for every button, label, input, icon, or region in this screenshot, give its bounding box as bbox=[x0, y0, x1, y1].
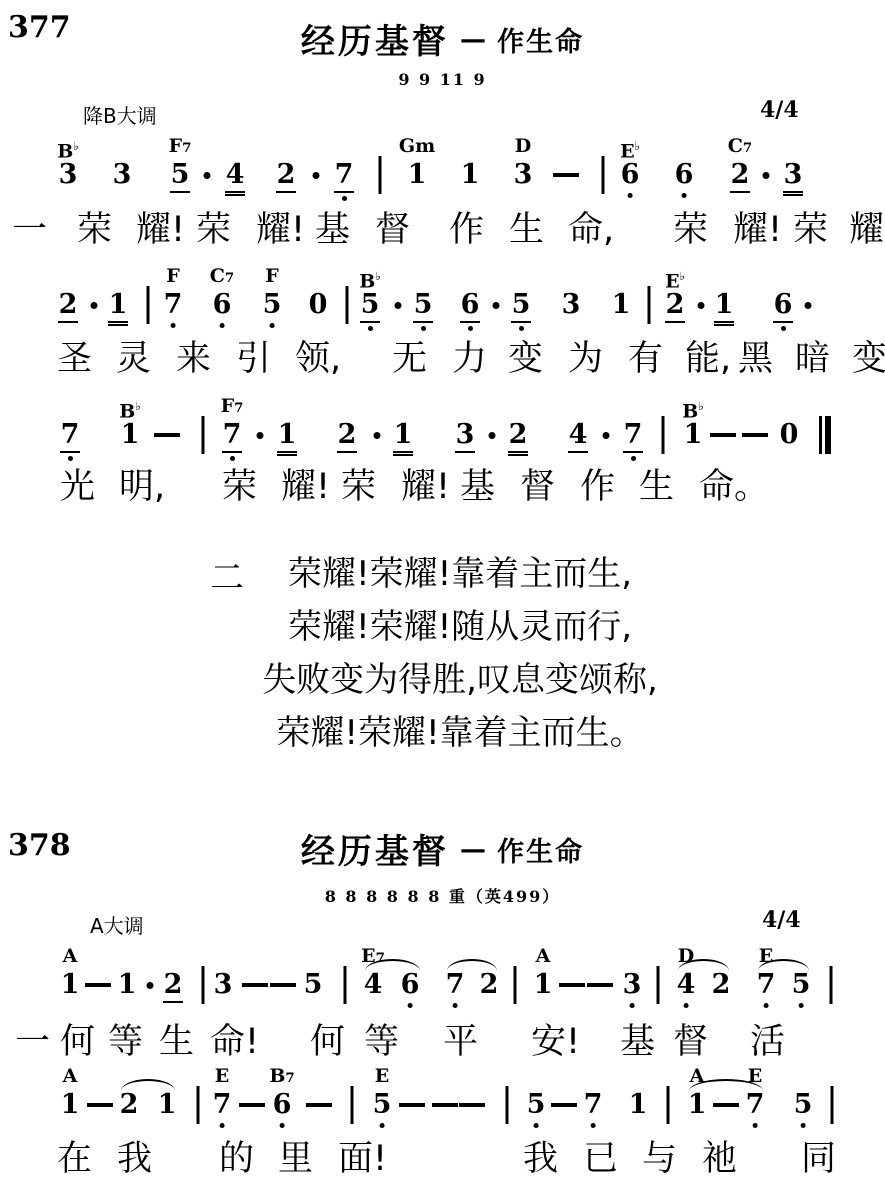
note-underline bbox=[393, 451, 413, 453]
note-digit: 5 bbox=[511, 290, 531, 320]
chord-root: F bbox=[221, 395, 235, 417]
note: 3 bbox=[214, 970, 233, 1000]
barline bbox=[202, 966, 205, 1004]
lyric-text: 生 bbox=[639, 468, 674, 506]
lyric-text: 里 bbox=[278, 1140, 313, 1178]
chord-extension: 7 bbox=[182, 141, 191, 156]
note-digit: 2 bbox=[665, 290, 685, 320]
chord-label: E bbox=[375, 1066, 389, 1086]
note: 1 bbox=[684, 420, 703, 450]
low-octave-dot bbox=[629, 1003, 634, 1008]
low-octave-dot bbox=[590, 1123, 595, 1128]
note: 1 bbox=[121, 420, 140, 450]
lyric-text: 明, bbox=[119, 468, 165, 506]
chord-root: E bbox=[665, 270, 679, 292]
flat-sign: ♭ bbox=[375, 269, 380, 283]
note: 5 bbox=[794, 1090, 813, 1128]
chord-label: C7 bbox=[728, 136, 752, 159]
sustain-dash bbox=[559, 983, 585, 987]
barline bbox=[379, 156, 382, 194]
note-underline bbox=[58, 321, 78, 323]
lyric-text: 黑 bbox=[738, 340, 773, 378]
chord-root: m bbox=[415, 135, 435, 157]
note: 2 bbox=[337, 420, 357, 453]
note-digit: 3 bbox=[623, 970, 642, 1000]
note: 3 bbox=[113, 160, 132, 190]
note-digit: 5 bbox=[413, 290, 433, 320]
flat-sign: ♭ bbox=[698, 399, 703, 413]
lyric-text: 为 bbox=[568, 340, 603, 378]
low-octave-dot bbox=[683, 1003, 688, 1008]
note-underline bbox=[714, 321, 734, 323]
note-digit: 7 bbox=[584, 1090, 603, 1120]
note-digit: 1 bbox=[629, 1090, 648, 1120]
duration-dot bbox=[91, 302, 98, 309]
title-subtitle-text: 作生命 bbox=[497, 27, 584, 58]
title-dash: — bbox=[460, 25, 486, 55]
verse-line: 荣耀!荣耀!随从灵而行, bbox=[75, 601, 845, 654]
chord-label: C7 bbox=[210, 266, 234, 289]
note-underline bbox=[783, 194, 803, 196]
lyric-text: 我 bbox=[523, 1140, 558, 1178]
note-digit: 7 bbox=[746, 1090, 765, 1120]
note-digit: 2 bbox=[120, 1090, 139, 1120]
note: 0 bbox=[780, 420, 799, 450]
lyric-text: 同 bbox=[801, 1140, 836, 1178]
lyric-text: 领, bbox=[295, 340, 341, 378]
note: 2 bbox=[120, 1090, 139, 1120]
sustain-dash bbox=[154, 433, 180, 437]
lyric-text: 等 bbox=[364, 1023, 399, 1061]
lyric-text: 祂 bbox=[702, 1140, 737, 1178]
duration-dot bbox=[493, 302, 500, 309]
lyric-text: 能, bbox=[685, 340, 731, 378]
note: 7 bbox=[623, 420, 643, 461]
note-digit: 1 bbox=[714, 290, 734, 320]
note: 1 bbox=[629, 1090, 648, 1120]
duration-dot bbox=[204, 172, 211, 179]
note: 3 bbox=[562, 290, 581, 320]
note-underline bbox=[730, 191, 750, 193]
note: 5 bbox=[792, 970, 811, 1008]
note: 7 bbox=[60, 420, 80, 461]
note-digit: 4 bbox=[225, 160, 245, 190]
low-octave-dot bbox=[230, 456, 235, 461]
note-digit: 3 bbox=[214, 970, 233, 1000]
note: 1 bbox=[61, 1090, 80, 1120]
note: 5 bbox=[527, 1090, 546, 1128]
note-underline bbox=[623, 451, 643, 453]
barline bbox=[648, 286, 651, 324]
lyric-text: 安! bbox=[531, 1023, 580, 1061]
note-digit: 7 bbox=[164, 290, 183, 320]
chord-root: B bbox=[359, 270, 375, 292]
note-digit: 3 bbox=[113, 160, 132, 190]
lyric-text: 一 bbox=[15, 1023, 50, 1061]
chord-root: C bbox=[728, 135, 743, 157]
lyric-text: 我 bbox=[117, 1140, 152, 1178]
hymn-title: 经历基督 — 作生命 bbox=[0, 14, 885, 63]
duration-dot bbox=[805, 302, 812, 309]
verse-line: 荣耀!荣耀!靠着主而生, bbox=[75, 548, 845, 601]
note-digit: 1 bbox=[408, 160, 427, 190]
note: 4 bbox=[225, 160, 245, 196]
note: 7 bbox=[746, 1090, 765, 1128]
lyric-text: 生 bbox=[509, 211, 544, 249]
chord-label: B♭ bbox=[359, 266, 380, 291]
note: 5 bbox=[304, 970, 323, 1000]
low-octave-dot bbox=[342, 196, 347, 201]
barline bbox=[202, 416, 205, 454]
lyric-text: 灵 bbox=[116, 340, 151, 378]
lyric-text: 生 bbox=[159, 1023, 194, 1061]
note: 4 bbox=[677, 970, 696, 1008]
barline bbox=[514, 966, 517, 1004]
barline bbox=[662, 416, 665, 454]
duration-dot bbox=[489, 432, 496, 439]
note-digit: 7 bbox=[757, 970, 776, 1000]
note-digit: 2 bbox=[163, 970, 183, 1000]
note-underline bbox=[773, 321, 793, 323]
note: 6 bbox=[401, 970, 420, 1008]
flat-sign: ♭ bbox=[680, 269, 685, 283]
note-digit: 2 bbox=[480, 970, 499, 1000]
slur-arc bbox=[121, 1079, 175, 1091]
lyric-text: 基 bbox=[620, 1023, 655, 1061]
note-digit: 1 bbox=[118, 970, 137, 1000]
sustain-dash bbox=[713, 1103, 739, 1107]
note-underline bbox=[460, 321, 480, 323]
low-octave-dot bbox=[68, 456, 73, 461]
note: 7 bbox=[446, 970, 465, 1008]
note-digit: 2 bbox=[508, 420, 528, 450]
note-digit: 4 bbox=[677, 970, 696, 1000]
note-digit: 1 bbox=[612, 290, 631, 320]
note-digit: 6 bbox=[401, 970, 420, 1000]
note-digit: 0 bbox=[780, 420, 799, 450]
lyric-text: 耀! bbox=[256, 211, 305, 249]
note-underline bbox=[714, 324, 734, 326]
note-digit: 2 bbox=[58, 290, 78, 320]
hymn-meter: 8 8 8 8 8 8 重（英499） bbox=[0, 884, 885, 907]
sustain-dash bbox=[270, 983, 296, 987]
note: 3 bbox=[783, 160, 803, 196]
note-digit: 6 bbox=[773, 290, 793, 320]
chord-label: E♭ bbox=[665, 266, 685, 291]
note: 1 bbox=[393, 420, 413, 456]
note: 6 bbox=[460, 290, 480, 331]
sustain-dash bbox=[587, 983, 613, 987]
note: 2 bbox=[730, 160, 750, 193]
sustain-dash bbox=[710, 433, 736, 437]
chord-label: A bbox=[63, 1066, 78, 1086]
note-underline bbox=[360, 321, 380, 323]
note: 4 bbox=[364, 970, 383, 1000]
note-digit: 7 bbox=[334, 160, 354, 190]
note-digit: 4 bbox=[364, 970, 383, 1000]
note-digit: 7 bbox=[60, 420, 80, 450]
note: 5 bbox=[511, 290, 531, 331]
title-subtitle-text: 作生命 bbox=[497, 837, 584, 868]
lyric-text: 与 bbox=[642, 1140, 677, 1178]
note: 1 bbox=[158, 1090, 177, 1120]
note-digit: 1 bbox=[277, 420, 297, 450]
duration-dot bbox=[374, 432, 381, 439]
lyric-text: 引 bbox=[236, 340, 271, 378]
note-underline bbox=[665, 321, 685, 323]
verse-line: 荣耀!荣耀!靠着主而生。 bbox=[75, 707, 845, 760]
note: 6 bbox=[621, 160, 640, 198]
title-main-text: 经历基督 bbox=[301, 832, 449, 872]
lyric-text: 等 bbox=[108, 1023, 143, 1061]
lyric-text: 督 bbox=[375, 211, 410, 249]
sustain-dash bbox=[459, 1103, 485, 1107]
chord-root: F bbox=[166, 265, 180, 287]
chord-label: E♭ bbox=[620, 136, 640, 161]
note-digit: 5 bbox=[527, 1090, 546, 1120]
sustain-dash bbox=[742, 433, 768, 437]
note-digit: 6 bbox=[213, 290, 232, 320]
low-octave-dot bbox=[798, 1003, 803, 1008]
lyric-text: 平 bbox=[443, 1023, 478, 1061]
chord-label: B♭ bbox=[57, 136, 78, 161]
lyric-text: 在 bbox=[57, 1140, 92, 1178]
duration-dot bbox=[603, 432, 610, 439]
low-octave-dot bbox=[219, 323, 224, 328]
note: 1 bbox=[408, 160, 427, 190]
sustain-dash bbox=[399, 1103, 425, 1107]
chord-label: F7 bbox=[169, 136, 192, 159]
chord-label: B♭ bbox=[119, 396, 140, 421]
note: 1 bbox=[534, 970, 553, 1000]
lyric-text: 荣 bbox=[196, 211, 231, 249]
lyric-text: 荣 bbox=[222, 468, 257, 506]
low-octave-dot bbox=[781, 326, 786, 331]
chord-root: D bbox=[515, 135, 531, 157]
note-underline bbox=[277, 454, 297, 456]
note: 7 bbox=[757, 970, 776, 1008]
lyric-text: 荣 bbox=[793, 211, 828, 249]
lyric-text: 荣 bbox=[673, 211, 708, 249]
note-underline bbox=[508, 454, 528, 456]
note-digit: 3 bbox=[562, 290, 581, 320]
chord-root: B bbox=[57, 140, 73, 162]
note-digit: 3 bbox=[59, 160, 78, 190]
key-signature-label: A大调 bbox=[90, 910, 144, 939]
note-underline bbox=[508, 451, 528, 453]
note: 1 bbox=[108, 290, 128, 326]
lyric-text: 荣 bbox=[77, 211, 112, 249]
chord-root: B bbox=[269, 1065, 285, 1087]
note: 7 bbox=[334, 160, 354, 201]
note-digit: 1 bbox=[461, 160, 480, 190]
lyric-text: 耀! bbox=[281, 468, 330, 506]
note: 5 bbox=[170, 160, 190, 193]
lyric-text: 何 bbox=[60, 1023, 95, 1061]
chord-root: F bbox=[265, 265, 279, 287]
note: 7 bbox=[584, 1090, 603, 1128]
chord-root: A bbox=[536, 945, 551, 967]
lyric-text: 变 bbox=[852, 340, 885, 378]
chord-label: F bbox=[265, 266, 279, 286]
note-digit: 1 bbox=[108, 290, 128, 320]
lyric-text: 活 bbox=[750, 1023, 785, 1061]
lyric-text: 荣 bbox=[341, 468, 376, 506]
note-digit: 3 bbox=[455, 420, 475, 450]
barline bbox=[147, 286, 150, 324]
note: 5 bbox=[413, 290, 433, 331]
note: 1 bbox=[118, 970, 137, 1000]
duration-dot bbox=[313, 172, 320, 179]
lyric-text: 何 bbox=[310, 1023, 345, 1061]
low-octave-dot bbox=[452, 1003, 457, 1008]
low-octave-dot bbox=[681, 193, 686, 198]
note-digit: 5 bbox=[794, 1090, 813, 1120]
low-octave-dot bbox=[269, 323, 274, 328]
low-octave-dot bbox=[631, 456, 636, 461]
note-digit: 5 bbox=[304, 970, 323, 1000]
note-digit: 2 bbox=[730, 160, 750, 190]
lyric-text: 命! bbox=[210, 1023, 259, 1061]
note-digit: 7 bbox=[446, 970, 465, 1000]
duration-dot bbox=[698, 302, 705, 309]
note: 3 bbox=[623, 970, 642, 1008]
note-underline bbox=[60, 451, 80, 453]
note: 5 bbox=[360, 290, 380, 331]
note: 3 bbox=[514, 160, 533, 190]
note-digit: 5 bbox=[792, 970, 811, 1000]
title-main-text: 经历基督 bbox=[301, 22, 449, 62]
note: 2 bbox=[665, 290, 685, 323]
low-octave-dot bbox=[170, 323, 175, 328]
note: 7 bbox=[222, 420, 242, 461]
note-digit: 1 bbox=[393, 420, 413, 450]
low-octave-dot bbox=[219, 1123, 224, 1128]
low-octave-dot bbox=[379, 1123, 384, 1128]
sustain-dash bbox=[432, 1103, 458, 1107]
lyric-text: 的 bbox=[219, 1140, 254, 1178]
note-digit: 7 bbox=[222, 420, 242, 450]
note: 6 bbox=[773, 290, 793, 331]
note: 6 bbox=[675, 160, 694, 198]
note-digit: 1 bbox=[688, 1090, 707, 1120]
hymn-meter: 9 9 11 9 bbox=[0, 70, 885, 89]
key-signature-label: 降B大调 bbox=[83, 100, 157, 129]
note-digit: 3 bbox=[514, 160, 533, 190]
sustain-dash bbox=[551, 1103, 577, 1107]
barline bbox=[657, 966, 660, 1004]
chord-root: C bbox=[210, 265, 225, 287]
title-dash: — bbox=[460, 835, 486, 865]
lyric-text: 基 bbox=[315, 211, 350, 249]
low-octave-dot bbox=[468, 326, 473, 331]
note-underline bbox=[276, 191, 296, 193]
slur-arc bbox=[447, 959, 497, 971]
note-digit: 7 bbox=[213, 1090, 232, 1120]
sustain-dash bbox=[87, 1103, 113, 1107]
note: 2 bbox=[58, 290, 78, 323]
low-octave-dot bbox=[279, 1123, 284, 1128]
flat-sign: ♭ bbox=[73, 139, 78, 153]
low-octave-dot bbox=[421, 326, 426, 331]
lyric-text: 暗 bbox=[795, 340, 830, 378]
lyric-text: 来 bbox=[176, 340, 211, 378]
note-underline bbox=[413, 321, 433, 323]
verse-line: 失败变为得胜,叹息变颂称, bbox=[75, 654, 845, 707]
lyric-text: 督 bbox=[673, 1023, 708, 1061]
note-digit: 1 bbox=[61, 970, 80, 1000]
note: 1 bbox=[461, 160, 480, 190]
barline bbox=[831, 1086, 834, 1124]
note-digit: 5 bbox=[170, 160, 190, 190]
note-digit: 4 bbox=[568, 420, 588, 450]
barline bbox=[602, 156, 605, 194]
note-digit: 7 bbox=[623, 420, 643, 450]
note: 3 bbox=[455, 420, 475, 453]
note: 5 bbox=[263, 290, 282, 328]
chord-extension: 7 bbox=[234, 401, 243, 416]
note: 2 bbox=[480, 970, 499, 1000]
note-underline bbox=[170, 191, 190, 193]
barline bbox=[346, 286, 349, 324]
note: 7 bbox=[213, 1090, 232, 1128]
note: 2 bbox=[508, 420, 528, 456]
lyric-text: 作 bbox=[449, 211, 484, 249]
barline bbox=[197, 1086, 200, 1124]
chord-label: E bbox=[215, 1066, 229, 1086]
lyric-text: 已 bbox=[583, 1140, 618, 1178]
note-digit: 6 bbox=[273, 1090, 292, 1120]
chord-root: A bbox=[63, 1065, 78, 1087]
duration-dot bbox=[147, 982, 154, 989]
note: 1 bbox=[61, 970, 80, 1000]
note-digit: 2 bbox=[276, 160, 296, 190]
barline bbox=[667, 1086, 670, 1124]
sustain-dash bbox=[239, 1103, 265, 1107]
lyric-text: 耀! bbox=[401, 468, 450, 506]
note: 1 bbox=[277, 420, 297, 456]
chord-label: Gm bbox=[399, 136, 435, 156]
note-digit: 1 bbox=[158, 1090, 177, 1120]
chord-root: F bbox=[169, 135, 183, 157]
note-digit: 1 bbox=[684, 420, 703, 450]
note: 5 bbox=[373, 1090, 392, 1128]
note: 2 bbox=[712, 970, 731, 1000]
barline bbox=[830, 966, 833, 1004]
note-underline bbox=[108, 324, 128, 326]
chord-root: E bbox=[375, 1065, 389, 1087]
lyric-text: 督 bbox=[520, 468, 555, 506]
final-barline bbox=[819, 416, 831, 454]
note-digit: 6 bbox=[460, 290, 480, 320]
chord-root: E bbox=[620, 140, 634, 162]
verse-2-block: 荣耀!荣耀!靠着主而生,荣耀!荣耀!随从灵而行,失败变为得胜,叹息变颂称,荣耀!… bbox=[75, 548, 845, 760]
low-octave-dot bbox=[519, 326, 524, 331]
note-underline bbox=[334, 191, 354, 193]
chord-root: E bbox=[215, 1065, 229, 1087]
chord-label: F bbox=[166, 266, 180, 286]
note-underline bbox=[225, 194, 245, 196]
duration-dot bbox=[395, 302, 402, 309]
low-octave-dot bbox=[627, 193, 632, 198]
note-digit: 1 bbox=[534, 970, 553, 1000]
low-octave-dot bbox=[763, 1003, 768, 1008]
hymn-title: 经历基督 — 作生命 bbox=[0, 824, 885, 873]
note-underline bbox=[783, 191, 803, 193]
note-underline bbox=[163, 1001, 183, 1003]
note: 0 bbox=[309, 290, 328, 320]
sustain-dash bbox=[306, 1103, 332, 1107]
